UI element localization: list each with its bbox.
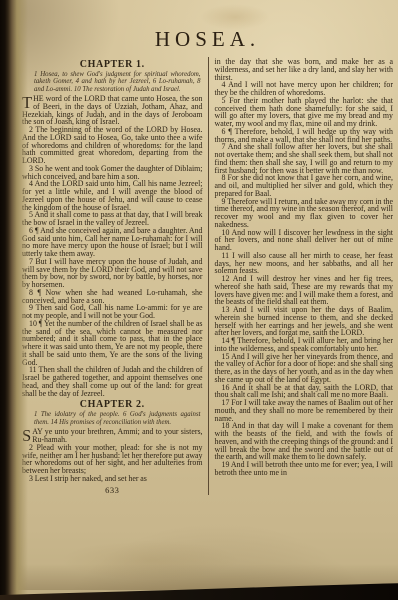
verse: 11 Then shall the children of Judah and …: [22, 366, 203, 397]
verse: 3 Lest I strip her naked, and set her as: [22, 475, 203, 483]
page-bottom-shadow: [0, 564, 398, 590]
page: HOSEA. CHAPTER 1. 1 Hosea, to shew God's…: [22, 0, 393, 495]
drop-cap-initial: S: [22, 428, 32, 442]
verse: 5 For their mother hath played the harlo…: [215, 97, 394, 128]
chapter-2-heading: CHAPTER 2.: [22, 399, 203, 410]
text-columns: CHAPTER 1. 1 Hosea, to shew God's judgme…: [22, 57, 393, 495]
verse: 16 And it shall be at that day, saith th…: [215, 384, 394, 400]
verse: 2 Plead with your mother, plead: for she…: [22, 444, 203, 475]
verse: 12 And I will destroy her vines and her …: [215, 275, 394, 306]
verse: 7 And she shall follow after her lovers,…: [215, 143, 394, 174]
verse: 9 Then said God, Call his name Lo-ammi: …: [22, 304, 203, 320]
book-bottom-edge: [0, 572, 398, 600]
verse: 6 ¶ And she conceived again, and bare a …: [22, 227, 203, 258]
right-column: in the day that she was born, and make h…: [208, 57, 394, 495]
verse: 11 I will also cause all her mirth to ce…: [215, 252, 394, 275]
verse: 8 ¶ Now when she had weaned Lo-ruhamah, …: [22, 289, 203, 305]
verse: SAY ye unto your brethren, Ammi; and to …: [22, 428, 203, 444]
drop-cap-initial: T: [22, 95, 33, 109]
verse: 13 And I will visit upon her the days of…: [215, 306, 394, 337]
verse: 7 But I will have mercy upon the house o…: [22, 258, 203, 289]
verse: 10 And now will I discover her lewdness …: [215, 229, 394, 252]
paper-stain: [60, 540, 240, 580]
verse: 5 And it shall come to pass at that day,…: [22, 211, 203, 227]
page-number: 633: [22, 485, 203, 495]
chapter-1-summary: 1 Hosea, to shew God's judgment for spir…: [34, 71, 201, 93]
verse: 4 And I will not have mercy upon her chi…: [215, 81, 394, 97]
chapter-1-heading: CHAPTER 1.: [22, 59, 203, 70]
verse: 19 And I will betroth thee unto me for e…: [215, 461, 394, 477]
bible-page-photo: HOSEA. CHAPTER 1. 1 Hosea, to shew God's…: [0, 0, 398, 600]
verse: 6 ¶ Therefore, behold, I will hedge up t…: [215, 128, 394, 144]
verse-text: AY ye unto your brethren, Ammi; and to y…: [32, 427, 202, 444]
verse: 3 So he went and took Gomer the daughter…: [22, 165, 203, 181]
verse-text: HE word of the LORD that came unto Hosea…: [22, 94, 203, 126]
verse: 8 For she did not know that I gave her c…: [215, 174, 394, 197]
verse: 4 And the LORD said unto him, Call his n…: [22, 180, 203, 211]
page-title: HOSEA.: [22, 27, 393, 52]
verse: THE word of the LORD that came unto Hose…: [22, 95, 203, 126]
verse: 2 The beginning of the word of the LORD …: [22, 126, 203, 165]
verse-continuation: in the day that she was born, and make h…: [215, 58, 394, 81]
verse: 17 For I will take away the names of Baa…: [215, 399, 394, 422]
left-column: CHAPTER 1. 1 Hosea, to shew God's judgme…: [22, 57, 208, 495]
verse: 18 And in that day will I make a covenan…: [215, 422, 394, 461]
verse: 10 ¶ Yet the number of the children of I…: [22, 320, 203, 367]
verse: 15 And I will give her her vineyards fro…: [215, 353, 394, 384]
verse: 9 Therefore will I return, and take away…: [215, 198, 394, 229]
verse: 14 ¶ Therefore, behold, I will allure he…: [215, 337, 394, 353]
chapter-2-summary: 1 The idolatry of the people. 6 God's ju…: [34, 411, 201, 426]
